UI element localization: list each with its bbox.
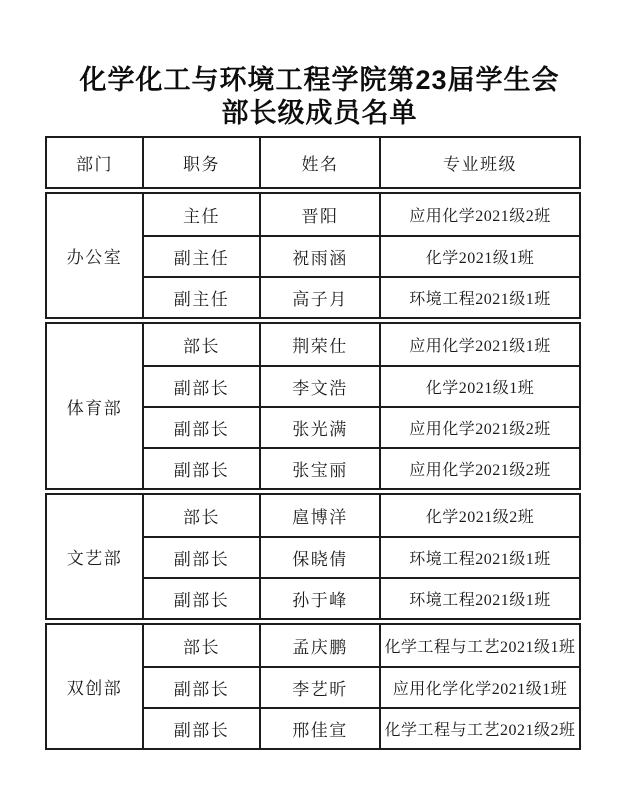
class-cell: 应用化学化学2021级1班 — [381, 668, 579, 707]
name-cell: 孟庆鹏 — [261, 625, 381, 666]
position-cell: 副部长 — [144, 367, 261, 406]
table-row: 部长 扈博洋 化学2021级2班 — [144, 495, 579, 536]
title-line-2: 部长级成员名单 — [0, 97, 639, 130]
name-cell: 高子月 — [261, 278, 381, 317]
title-line-1: 化学化工与环境工程学院第23届学生会 — [0, 64, 639, 97]
table-header-row: 部门 职务 姓名 专业班级 — [47, 138, 579, 187]
header-cell-class: 专业班级 — [381, 138, 579, 187]
department-cell: 办公室 — [47, 194, 144, 317]
table-row: 副主任 祝雨涵 化学2021级1班 — [144, 235, 579, 276]
table-header: 部门 职务 姓名 专业班级 — [45, 136, 581, 189]
name-cell: 扈博洋 — [261, 495, 381, 536]
position-cell: 副部长 — [144, 668, 261, 707]
class-cell: 环境工程2021级1班 — [381, 538, 579, 577]
table-row: 副部长 张宝丽 应用化学2021级2班 — [144, 447, 579, 488]
section-rows: 主任 晋阳 应用化学2021级2班 副主任 祝雨涵 化学2021级1班 副主任 … — [144, 194, 579, 317]
name-cell: 祝雨涵 — [261, 237, 381, 276]
position-cell: 副部长 — [144, 709, 261, 748]
name-cell: 张光满 — [261, 408, 381, 447]
department-section: 双创部 部长 孟庆鹏 化学工程与工艺2021级1班 副部长 李艺昕 应用化学化学… — [45, 623, 581, 750]
department-cell: 文艺部 — [47, 495, 144, 618]
position-cell: 副主任 — [144, 237, 261, 276]
position-cell: 副部长 — [144, 579, 261, 618]
section-rows: 部长 扈博洋 化学2021级2班 副部长 保晓倩 环境工程2021级1班 副部长… — [144, 495, 579, 618]
header-cell-position: 职务 — [144, 138, 261, 187]
members-table: 部门 职务 姓名 专业班级 办公室 主任 晋阳 应用化学2021级2班 副主任 … — [45, 136, 581, 750]
class-cell: 化学工程与工艺2021级2班 — [381, 709, 579, 748]
department-section: 办公室 主任 晋阳 应用化学2021级2班 副主任 祝雨涵 化学2021级1班 … — [45, 192, 581, 319]
position-cell: 部长 — [144, 495, 261, 536]
name-cell: 李艺昕 — [261, 668, 381, 707]
position-cell: 副部长 — [144, 449, 261, 488]
table-row: 主任 晋阳 应用化学2021级2班 — [144, 194, 579, 235]
position-cell: 主任 — [144, 194, 261, 235]
class-cell: 化学工程与工艺2021级1班 — [381, 625, 579, 666]
class-cell: 环境工程2021级1班 — [381, 278, 579, 317]
class-cell: 环境工程2021级1班 — [381, 579, 579, 618]
name-cell: 晋阳 — [261, 194, 381, 235]
position-cell: 部长 — [144, 625, 261, 666]
table-row: 副部长 李艺昕 应用化学化学2021级1班 — [144, 666, 579, 707]
table-row: 副主任 高子月 环境工程2021级1班 — [144, 276, 579, 317]
section-rows: 部长 孟庆鹏 化学工程与工艺2021级1班 副部长 李艺昕 应用化学化学2021… — [144, 625, 579, 748]
position-cell: 副部长 — [144, 538, 261, 577]
name-cell: 李文浩 — [261, 367, 381, 406]
header-cell-department: 部门 — [47, 138, 144, 187]
name-cell: 张宝丽 — [261, 449, 381, 488]
department-cell: 双创部 — [47, 625, 144, 748]
table-row: 部长 孟庆鹏 化学工程与工艺2021级1班 — [144, 625, 579, 666]
position-cell: 部长 — [144, 324, 261, 365]
header-cell-name: 姓名 — [261, 138, 381, 187]
class-cell: 应用化学2021级2班 — [381, 194, 579, 235]
department-section: 文艺部 部长 扈博洋 化学2021级2班 副部长 保晓倩 环境工程2021级1班… — [45, 493, 581, 620]
name-cell: 保晓倩 — [261, 538, 381, 577]
class-cell: 化学2021级1班 — [381, 367, 579, 406]
position-cell: 副部长 — [144, 408, 261, 447]
name-cell: 孙于峰 — [261, 579, 381, 618]
class-cell: 应用化学2021级2班 — [381, 408, 579, 447]
department-section: 体育部 部长 荆荣仕 应用化学2021级1班 副部长 李文浩 化学2021级1班… — [45, 322, 581, 490]
position-cell: 副主任 — [144, 278, 261, 317]
table-row: 副部长 李文浩 化学2021级1班 — [144, 365, 579, 406]
document-page: 化学化工与环境工程学院第23届学生会 部长级成员名单 部门 职务 姓名 专业班级… — [0, 0, 639, 789]
class-cell: 化学2021级1班 — [381, 237, 579, 276]
table-row: 副部长 孙于峰 环境工程2021级1班 — [144, 577, 579, 618]
section-rows: 部长 荆荣仕 应用化学2021级1班 副部长 李文浩 化学2021级1班 副部长… — [144, 324, 579, 488]
table-row: 副部长 保晓倩 环境工程2021级1班 — [144, 536, 579, 577]
name-cell: 荆荣仕 — [261, 324, 381, 365]
department-cell: 体育部 — [47, 324, 144, 488]
class-cell: 应用化学2021级1班 — [381, 324, 579, 365]
table-row: 副部长 张光满 应用化学2021级2班 — [144, 406, 579, 447]
table-row: 部长 荆荣仕 应用化学2021级1班 — [144, 324, 579, 365]
table-sections: 办公室 主任 晋阳 应用化学2021级2班 副主任 祝雨涵 化学2021级1班 … — [45, 192, 581, 750]
name-cell: 邢佳宣 — [261, 709, 381, 748]
table-row: 副部长 邢佳宣 化学工程与工艺2021级2班 — [144, 707, 579, 748]
class-cell: 应用化学2021级2班 — [381, 449, 579, 488]
document-title: 化学化工与环境工程学院第23届学生会 部长级成员名单 — [0, 0, 639, 130]
class-cell: 化学2021级2班 — [381, 495, 579, 536]
